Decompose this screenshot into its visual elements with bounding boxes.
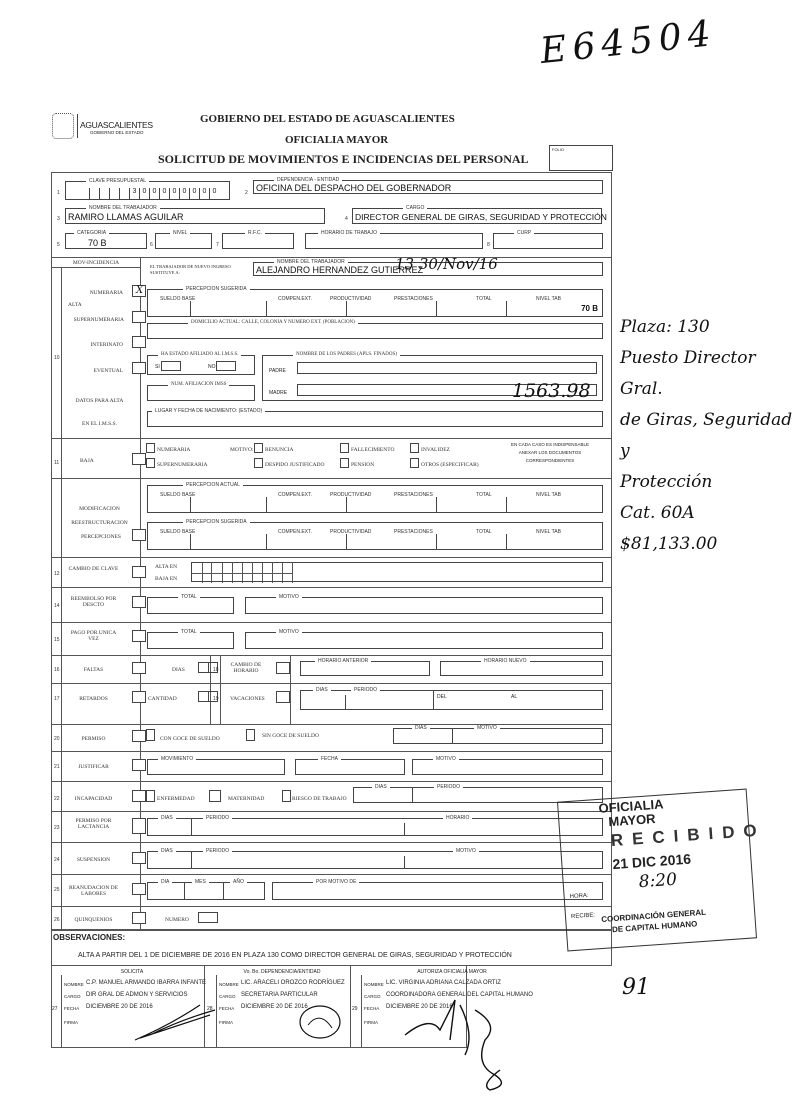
clave-digit[interactable]: 0 [189,188,199,199]
riesgo-trabajo-checkbox[interactable] [282,790,291,802]
padres-label: NOMBRE DE LOS PADRES (APLS. FINADOS) [293,352,400,357]
divider [51,622,612,623]
motivo-label: MOTIVO [453,848,479,854]
nombre-trabajador-field[interactable]: NOMBRE DEL TRABAJADOR RAMIRO LLAMAS AGUI… [65,208,325,224]
invalidez-label: INVALIDEZ [421,447,450,453]
received-stamp: OFICIALIA MAYOR RECIBIDO 21 DIC 2016 8:2… [557,789,757,952]
clave-digit[interactable]: 0 [199,188,209,199]
divider [51,906,612,907]
fecha-label: FECHA [318,756,341,762]
field-number: 24 [54,857,60,863]
horario-anterior-label: HORARIO ANTERIOR [315,658,371,664]
maternidad-checkbox[interactable] [209,790,221,802]
sin-goce-label: SIN GOCE DE SUELDO [262,733,319,739]
clave-digit[interactable] [109,188,119,199]
curp-field[interactable]: CURP [493,233,603,249]
retardos-checkbox[interactable] [132,691,146,703]
divider [51,267,140,268]
clave-digits: 300000000 [89,188,219,199]
suspension-checkbox[interactable] [132,852,146,864]
si-checkbox[interactable] [161,361,181,371]
rfc-label: R.F.C. [245,230,265,236]
alta-en-label: ALTA EN [155,564,177,570]
field-number: 7 [216,242,219,248]
handwritten-folio-number: E64504 [538,13,718,72]
divider [51,557,612,558]
modificacion-checkbox[interactable] [132,529,146,541]
reembolso-checkbox[interactable] [132,596,146,608]
incapacidad-label: INCAPACIDAD [66,796,121,802]
numero-label: NUMERO [165,917,189,923]
permiso-label: PERMISO [66,736,121,742]
pension-checkbox[interactable] [340,458,349,468]
note-line: EN CADA CASO ES INDISPENSABLE [495,441,605,449]
enfermedad-checkbox[interactable] [146,790,155,802]
col: NIVEL TAB [516,492,586,498]
otros-checkbox[interactable] [410,458,419,468]
baja-note: EN CADA CASO ES INDISPENSABLE ANEXAR LOS… [495,441,605,465]
pago-unico-label: PAGO POR UNICA VEZ [66,630,121,642]
percepcion-sugerida-mod[interactable]: PERCEPCION SUGERIDA SUELDO BASE COMPEN.E… [147,522,603,550]
clave-digit[interactable] [89,188,99,199]
field-number: 26 [54,917,60,923]
nombre-label: NOMBRE [364,982,384,987]
justificar-checkbox[interactable] [132,759,146,771]
logo-divider [77,114,78,138]
col: SUELDO BASE [148,492,266,498]
horario-label: HORARIO [443,815,472,821]
field-number: 6 [150,242,153,248]
dependencia-value: OFICINA DEL DESPACHO DEL GOBERNADOR [256,183,451,193]
lactancia-label: PERMISO POR LACTANCIA [66,818,121,830]
justificar-fecha[interactable]: FECHA [295,759,405,775]
observaciones-label: OBSERVACIONES: [53,933,125,942]
datos-alta-label: DATOS PARA ALTA [62,398,137,404]
numeraria-label: NUMERARIA [78,290,123,296]
nombre-value: RAMIRO LLAMAS AGUILAR [68,212,184,222]
stamp-recibe-label: RECIBE: [571,912,595,920]
nivel-tab-value: 70 B [581,304,598,313]
pago-unico-checkbox[interactable] [132,630,146,642]
cargo-label: CARGO [364,994,381,999]
firma-nombre: C.P. MANUEL ARMANDO IBARRA INFANTE [86,980,206,986]
clave-digit[interactable]: 0 [159,188,169,199]
nombre-label: NOMBRE [64,982,84,987]
note-line: CORRESPONDIENTES [495,457,605,465]
dias-label: DIAS [158,848,176,854]
vacaciones-label: VACACIONES [230,696,265,702]
margin-note: Plaza: 130 [620,312,792,343]
categoria-value: 70 B [88,238,107,248]
maternidad-label: MATERNIDAD [228,796,264,802]
lugar-label: LUGAR Y FECHA DE NACIMIENTO: (ESTADO) [152,408,265,414]
justificar-motivo[interactable]: MOTIVO [412,759,603,775]
title-line-1: GOBIERNO DEL ESTADO DE AGUASCALIENTES [200,113,455,125]
divider [51,587,612,588]
despido-checkbox[interactable] [254,458,263,468]
justificar-movimiento[interactable]: MOVIMIENTO [147,759,285,775]
field-number: 25 [54,887,60,893]
stamp-date: 21 DIC 2016 [612,851,692,872]
logo-name: AGUASCALIENTES [80,120,153,130]
movimiento-label: MOVIMIENTO [158,756,196,762]
clave-digit[interactable] [99,188,109,199]
suspension-label: SUSPENSION [66,857,121,863]
baja-numeraria-checkbox[interactable] [146,443,155,453]
margin-note: Protección [620,467,792,498]
despido-label: DESPIDO JUSTIFICADO [265,462,324,468]
field-number: 20 [54,736,60,742]
clave-digit[interactable]: 0 [149,188,159,199]
otros-label: OTROS (ESPECIFICAR) [421,462,479,468]
divider [51,724,612,725]
reembolso-total[interactable]: TOTAL [147,597,234,614]
horario-trabajo-field[interactable]: HORARIO DE TRABAJO [305,233,483,249]
enfermedad-label: ENFERMEDAD [157,796,195,802]
folio-box[interactable]: FOLIO [549,145,613,171]
col: COMPEN.EXT. [266,529,326,535]
divider [61,267,62,930]
curp-label: CURP [514,230,534,236]
percepcion-sugerida-label: PERCEPCION SUGERIDA [183,519,250,525]
baja-numeraria-label: NUMERARIA [157,447,190,453]
lugar-nacimiento-field[interactable]: LUGAR Y FECHA DE NACIMIENTO: (ESTADO) [147,411,603,427]
clave-presupuestal-label: CLAVE PRESUPUESTAL [86,178,149,184]
periodo-label: PERIODO [203,848,232,854]
domicilio-field[interactable]: DOMICILIO ACTUAL: CALLE, COLONIA Y NUMER… [147,323,603,339]
no-label: NO [208,364,216,370]
baja-checkbox[interactable] [132,453,146,465]
dias-label: DIAS [412,725,430,731]
quinquenios-numero-input[interactable] [198,912,218,923]
clave-digit[interactable]: 3 [129,188,139,199]
field-number: 5 [57,242,60,248]
reanudacion-checkbox[interactable] [132,883,146,895]
fecha-label: FECHA [64,1006,79,1011]
field-number: 12 [54,571,60,577]
horario-nuevo-label: HORARIO NUEVO [481,658,530,664]
renuncia-checkbox[interactable] [254,443,263,453]
supernumeraria-checkbox[interactable] [132,311,146,323]
interinato-checkbox[interactable] [132,336,146,348]
col-total: TOTAL [456,296,516,302]
baja-supernumeraria-label: SUPERNUMERARIA [157,462,207,468]
stamp-hora-label: HORA: [569,893,588,900]
clave-digit[interactable]: 0 [209,188,219,199]
divider [51,438,612,439]
riesgo-label: RIESGO DE TRABAJO [292,796,347,802]
field-number: 11 [54,460,59,466]
col-nivel-tab: NIVEL TAB [516,296,586,302]
dias-label: DIAS [313,687,331,693]
pago-total[interactable]: TOTAL [147,632,234,649]
fallecimiento-checkbox[interactable] [340,443,349,453]
note-line: ANEXAR LOS DOCUMENTOS [495,449,605,457]
divider [51,842,612,843]
col: PRODUCTIVIDAD [326,492,386,498]
motivo-label: MOTIVO [276,629,302,635]
field-number: 3 [57,216,60,222]
quinquenios-label: QUINQUENIOS [66,917,121,923]
clave-digit[interactable]: 0 [169,188,179,199]
categoria-label: CATEGORIA [74,230,109,236]
field-number: 2 [245,190,248,196]
percepciones-label: PERCEPCIONES [66,534,121,540]
horario-nuevo[interactable]: HORARIO NUEVO [440,661,603,676]
field-number: 8 [487,242,490,248]
divider [51,751,612,752]
madre-label: MADRE [269,390,287,396]
field-number: 21 [54,764,60,770]
justificar-label: JUSTIFICAR [66,764,121,770]
reanudacion-motivo[interactable]: POR MOTIVO DE [272,882,603,900]
margin-notes: Plaza: 130 Puesto Director Gral. de Gira… [620,312,792,560]
field-number: 14 [54,603,60,609]
fecha-label: FECHA [219,1006,234,1011]
handwritten-date-note: 13 30/Nov/16 [395,255,498,273]
suspension-fields[interactable]: DIAS PERIODO MOTIVO [147,851,603,869]
stamp-time: 8:20 [638,870,677,893]
percepcion-sugerida-alta[interactable]: PERCEPCION SUGERIDA SUELDO BASE COMPEN.E… [147,289,603,317]
fallecimiento-label: FALLECIMIENTO [351,447,395,453]
cargo-label: CARGO [403,205,427,211]
modificacion-label: MODIFICACION [62,506,137,512]
periodo-label: PERIODO [351,687,380,693]
motivo-label: MOTIVO: [230,447,254,453]
field-number: 15 [54,637,60,643]
col: PRODUCTIVIDAD [326,529,386,535]
divider [51,257,612,258]
firma-cargo: DIR GRAL DE ADMON Y SERVICIOS [86,992,187,998]
clave-digit[interactable]: 0 [179,188,189,199]
domicilio-label: DOMICILIO ACTUAL: CALLE, COLONIA Y NUMER… [188,320,358,325]
field-number: 22 [54,796,60,802]
divider [290,655,291,724]
en-imss-label: EN EL I.M.S.S. [62,421,137,427]
margin-note: Puesto Director Gral. [620,343,792,405]
signature-solicita [130,1000,220,1045]
field-number: 18 [213,667,219,673]
divider [51,781,612,782]
sin-goce-checkbox[interactable] [246,729,255,741]
col-sueldo-base: SUELDO BASE [148,296,266,302]
periodo-label: PERIODO [203,815,232,821]
col: TOTAL [456,529,516,535]
cambio-horario-checkbox[interactable] [276,662,290,674]
clave-presupuestal-field[interactable]: CLAVE PRESUPUESTAL 300000000 [65,181,230,200]
numeraria-checkbox[interactable]: X [132,285,146,297]
handwritten-side-mark: 91 [622,975,650,1000]
sustituye-label: EL TRABAJADOR DE NUEVO INGRESO SUSTITUYE… [150,264,240,276]
quinquenios-checkbox[interactable] [132,912,146,924]
state-seal-icon [52,113,74,139]
total-label: TOTAL [178,594,200,600]
fecha-label: FECHA [364,1006,379,1011]
imss-label: HA ESTADO AFILIADO AL I.M.S.S. [158,352,241,357]
col: SUELDO BASE [148,529,266,535]
faltas-label: FALTAS [66,667,121,673]
divider [51,874,612,875]
faltas-checkbox[interactable] [132,662,146,674]
firma-cargo: SECRETARIA PARTICULAR [241,992,318,998]
firma-number: 29 [352,1006,358,1012]
no-checkbox[interactable] [216,361,236,371]
motivo-label: MOTIVO [276,594,302,600]
padre-input[interactable] [297,362,597,374]
invalidez-checkbox[interactable] [410,443,419,453]
divider [51,655,612,656]
dias-label: DIAS [158,815,176,821]
incapacidad-checkbox[interactable] [132,790,146,802]
vacaciones-periodo[interactable]: DIAS PERIODO DEL AL [300,690,603,710]
nivel-label: NIVEL [170,230,190,236]
lactancia-checkbox[interactable] [132,818,146,834]
interinato-label: INTERINATO [78,342,123,348]
dependencia-field[interactable]: DEPENDENCIA - ENTIDAD OFICINA DEL DESPAC… [253,180,603,194]
mov-incidencia-header: MOV-INCIDENCIA [55,260,137,266]
margin-note: Cat. 60A $81,133.00 [620,498,792,560]
margin-note: de Giras, Seguridad y [620,405,792,467]
cargo-label: CARGO [219,994,236,999]
dias-label: DIAS [172,667,185,673]
anio-label: AÑO [230,879,247,885]
vacaciones-checkbox[interactable] [276,691,290,703]
clave-digit[interactable] [119,188,129,199]
field-number: 4 [345,216,348,222]
logo-subtitle: GOBIERNO DEL ESTADO [90,130,144,135]
periodo-label: PERIODO [434,784,463,790]
con-goce-checkbox[interactable] [146,729,155,741]
reembolso-motivo[interactable]: MOTIVO [245,597,603,614]
firma-label: FIRMA [64,1020,78,1025]
num-afiliacion-field[interactable]: NUM. AFILIACION IMSS [147,385,255,401]
imss-afiliado-field[interactable]: HA ESTADO AFILIADO AL I.M.S.S. SI NO [147,355,255,375]
firma-title: AUTORIZA OFICIALIA MAYOR [362,969,542,975]
rfc-field[interactable]: R.F.C. [222,233,294,249]
alta-label: ALTA [68,302,82,308]
total-label: TOTAL [178,629,200,635]
motivo-label: MOTIVO [433,756,459,762]
signature-autoriza [400,995,520,1095]
reestructuracion-label: REESTRUCTURACION [62,520,137,526]
field-number: 10 [54,355,60,361]
con-goce-label: CON GOCE DE SUELDO [160,736,220,742]
cambio-horario-label: CAMBIO DE HORARIO [222,662,270,674]
divider [220,655,221,724]
firma-label: FIRMA [219,1020,233,1025]
dias-label: DIAS [372,784,390,790]
nivel-field[interactable]: NIVEL [155,233,212,249]
field-number: 17 [54,696,60,702]
cargo-value: DIRECTOR GENERAL DE GIRAS, SEGURIDAD Y P… [355,212,607,222]
baja-label: BAJA [80,458,94,464]
perc-columns: SUELDO BASE COMPEN.EXT. PRODUCTIVIDAD PR… [148,529,602,535]
divider [51,478,612,479]
reembolso-label: REEMBOLSO POR DESCTO [66,596,121,608]
divider [350,966,351,1048]
firma-nombre: LIC. ARACELI OROZCO RODRÍGUEZ [241,980,345,986]
mes-label: MES [192,879,209,885]
permiso-dias-motivo[interactable]: DIAS MOTIVO [393,728,603,744]
percepcion-actual[interactable]: PERCEPCION ACTUAL SUELDO BASE COMPEN.EXT… [147,485,603,513]
col: NIVEL TAB [516,529,586,535]
nombre-label: NOMBRE DEL TRABAJADOR [86,205,160,211]
baja-supernumeraria-checkbox[interactable] [146,458,155,468]
al-label: AL [511,694,517,700]
perc-columns: SUELDO BASE COMPEN.EXT. PRODUCTIVIDAD PR… [148,492,602,498]
dia-label: DIA [158,879,172,885]
col: TOTAL [456,492,516,498]
cambio-clave-checkbox[interactable] [132,566,146,578]
cargo-label: CARGO [64,994,81,999]
categoria-field[interactable]: CATEGORIA 70 B [65,233,147,249]
por-motivo-label: POR MOTIVO DE [313,879,359,885]
check-mark: X [136,285,143,296]
col: PRESTACIONES [386,529,456,535]
si-label: SI [155,364,160,370]
permiso-checkbox[interactable] [132,730,146,742]
cargo-field[interactable]: CARGO DIRECTOR GENERAL DE GIRAS, SEGURID… [352,208,602,224]
page-title: SOLICITUD DE MOVIMIENTOS E INCIDENCIAS D… [158,152,529,167]
field-number: 16 [54,667,60,673]
col: PRESTACIONES [386,492,456,498]
col-compen-ext: COMPEN.EXT. [266,296,326,302]
observaciones-box[interactable]: OBSERVACIONES: ALTA A PARTIR DEL 1 DE DI… [51,930,612,966]
perc-columns: SUELDO BASE COMPEN.EXT. PRODUCTIVIDAD PR… [148,296,602,302]
percepcion-label: PERCEPCION SUGERIDA [183,286,250,292]
col-productividad: PRODUCTIVIDAD [326,296,386,302]
clave-digit[interactable]: 0 [139,188,149,199]
cambio-clave-label: CAMBIO DE CLAVE [66,566,121,572]
renuncia-label: RENUNCIA [265,447,293,453]
reanudacion-fecha[interactable]: DIA MES AÑO [147,882,265,900]
title-line-2: OFICIALIA MAYOR [285,134,388,146]
del-label: DEL [437,694,447,700]
cantidad-label: CANTIDAD [148,696,177,702]
firma-nombre: LIC. VIRGINIA ADRIANA CALZADA ORTIZ [386,980,501,986]
divider [51,683,612,684]
field-number: 1 [57,190,60,196]
pension-label: PENSION [351,462,374,468]
eventual-checkbox[interactable] [132,362,146,374]
field-number: 23 [54,825,60,831]
percepcion-actual-label: PERCEPCION ACTUAL [183,482,243,488]
col: COMPEN.EXT. [266,492,326,498]
firma-number: 27 [52,1006,58,1012]
firma-title: SOLICITA [62,969,202,975]
signature-vobo [290,1000,350,1045]
supernumeraria-label: SUPERNUMERARIA [66,317,124,323]
folio-label: FOLIO [552,147,564,152]
horario-label: HORARIO DE TRABAJO [318,230,380,236]
padre-label: PADRE [269,368,286,374]
clave-grid[interactable] [191,562,603,582]
firma-label: FIRMA [364,1020,378,1025]
pago-motivo[interactable]: MOTIVO [245,632,603,649]
horario-anterior[interactable]: HORARIO ANTERIOR [300,661,430,676]
eventual-label: EVENTUAL [78,368,123,374]
firma-title: Vo. Bo. DEPENDENCIA/ENTIDAD [217,969,347,975]
stamp-header: OFICIALIA MAYOR [598,797,665,829]
field-number: 19 [213,696,219,702]
col-prestaciones: PRESTACIONES [386,296,456,302]
baja-en-label: BAJA EN [155,576,177,582]
lactancia-fields[interactable]: DIAS PERIODO HORARIO [147,818,603,836]
retardos-label: RETARDOS [66,696,121,702]
reanudacion-label: REANUDACION DE LABORES [66,885,121,897]
divider [51,811,612,812]
motivo-label: MOTIVO [474,725,500,731]
